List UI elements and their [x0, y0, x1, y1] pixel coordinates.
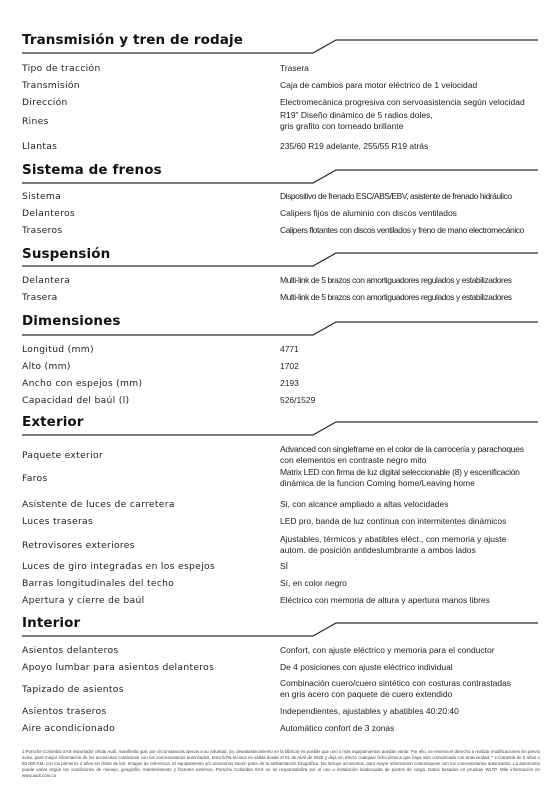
spec-value: Trasera [280, 63, 538, 74]
spec-value: Caja de cambios para motor eléctrico de … [280, 80, 538, 91]
spec-value: Independientes, ajustables y abatibles 4… [280, 706, 538, 717]
section-divider [22, 168, 538, 184]
spec-value: 2193 [280, 378, 538, 389]
spec-value: 526/1529 [280, 395, 538, 406]
spec-value: LED pro, banda de luz contínua con inter… [280, 516, 538, 527]
spec-value: Ajustables, térmicos y abatibles eléct.,… [280, 534, 538, 545]
spec-value-line-2: dinámica de la funcion Coming home/Leavi… [280, 478, 538, 489]
spec-label: Luces de giro integradas en los espejos [22, 561, 215, 572]
section-divider [22, 621, 538, 637]
spec-label: Apoyo lumbar para asientos delanteros [22, 662, 214, 673]
spec-label: Faros [22, 473, 48, 484]
spec-value: Combinación cuero/cuero sintético con co… [280, 678, 538, 689]
legal-disclaimer: 1.Porsche Colombia SAS importador oficia… [22, 749, 540, 779]
spec-label: Asistente de luces de carretera [22, 499, 175, 510]
spec-value: Si, con alcance ampliado a altas velocid… [280, 499, 538, 510]
spec-label: Asientos traseros [22, 706, 107, 717]
spec-label: Capacidad del baúl (l) [22, 395, 129, 406]
spec-value-line-2: con elementos en contraste negro mito [280, 455, 538, 466]
spec-label: Longitud (mm) [22, 344, 94, 355]
spec-label: Aire acondicionado [22, 723, 115, 734]
spec-value: Sí, en color negro [280, 578, 538, 589]
spec-value: R19" Diseño dinámico de 5 radios doles, [280, 110, 538, 121]
spec-label: Traseros [22, 225, 63, 236]
section-divider [22, 320, 538, 336]
spec-value: 4771 [280, 344, 538, 355]
spec-label: Rines [22, 116, 49, 127]
spec-value: Electromecánica progresiva con servoasis… [280, 97, 538, 108]
spec-value: De 4 posiciones con ajuste eléctrico ind… [280, 662, 538, 673]
spec-label: Dirección [22, 97, 68, 108]
spec-label: Tipo de tracción [22, 63, 101, 74]
section-divider [22, 420, 538, 436]
spec-label: Barras longitudinales del techo [22, 578, 174, 589]
spec-label: Luces traseras [22, 516, 93, 527]
spec-value-line-2: gris grafito con torneado brillante [280, 121, 538, 132]
spec-value: SÍ [280, 561, 538, 572]
spec-label: Apertura y cierre de baúl [22, 595, 144, 606]
spec-label: Trasera [22, 292, 58, 303]
spec-value: Automático confort de 3 zonas [280, 723, 538, 734]
spec-label: Paquete exterior [22, 450, 103, 461]
spec-label: Delanteros [22, 208, 75, 219]
spec-value: 235/60 R19 adelante, 255/55 R19 atrás [280, 141, 538, 152]
spec-value: Multi-link de 5 brazos con amortiguadore… [280, 292, 538, 303]
section-divider [22, 38, 538, 54]
spec-value: Multi-link de 5 brazos con amortiguadore… [280, 275, 538, 286]
section-divider [22, 251, 538, 267]
spec-value: Matrix LED con firma de luz digital sele… [280, 467, 538, 478]
spec-value: 1702 [280, 361, 538, 372]
spec-value-line-2: autom. de posición antideslumbrante a am… [280, 545, 538, 556]
spec-value-line-2: en gris acero con paquete de cuero exten… [280, 689, 538, 700]
spec-label: Llantas [22, 141, 57, 152]
spec-value: Dispositivo de frenado ESC/ABS/EBV, asis… [280, 191, 538, 202]
spec-label: Asientos delanteros [22, 645, 118, 656]
spec-value: Confort, con ajuste eléctrico y memoria … [280, 645, 538, 656]
spec-label: Tapizado de asientos [22, 684, 124, 695]
spec-value: Calipers fijos de aluminio con discos ve… [280, 208, 538, 219]
spec-value: Calipers flotantes con discos ventilados… [280, 225, 538, 236]
spec-label: Ancho con espejos (mm) [22, 378, 142, 389]
spec-value: Advanced con singleframe en el color de … [280, 444, 538, 455]
spec-label: Retrovisores exteriores [22, 540, 135, 551]
spec-label: Transmisión [22, 80, 80, 91]
spec-label: Sistema [22, 191, 61, 202]
spec-label: Delantera [22, 275, 70, 286]
spec-value: Eléctrico con memoria de altura y apertu… [280, 595, 538, 606]
spec-label: Alto (mm) [22, 361, 71, 372]
